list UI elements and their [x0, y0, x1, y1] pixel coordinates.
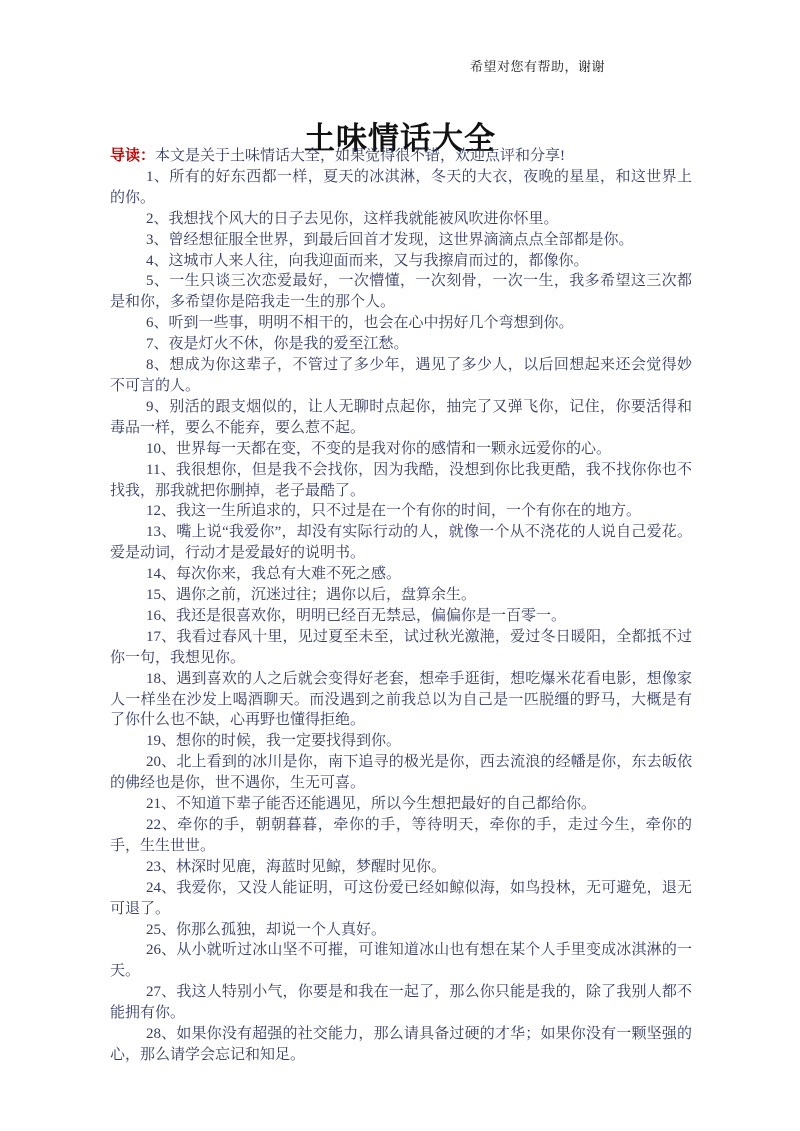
list-item: 26、从小就听过冰山坚不可摧，可谁知道冰山也有想在某个人手里变成冰淇淋的一天。 — [110, 940, 692, 982]
list-item: 12、我这一生所追求的，只不过是在一个有你的时间，一个有你在的地方。 — [110, 501, 692, 522]
list-item: 13、嘴上说“我爱你”，却没有实际行动的人，就像一个从不浇花的人说自己爱花。爱是… — [110, 522, 692, 564]
list-item: 17、我看过春风十里，见过夏至未至，试过秋光激滟，爱过冬日暖阳，全都抵不过你一句… — [110, 627, 692, 669]
list-item: 3、曾经想征服全世界，到最后回首才发现，这世界滴滴点点全部都是你。 — [110, 230, 692, 251]
list-item: 22、牵你的手，朝朝暮暮，牵你的手，等待明天，牵你的手，走过今生，牵你的手，生生… — [110, 815, 692, 857]
list-item: 8、想成为你这辈子，不管过了多少年，遇见了多少人，以后回想起来还会觉得妙不可言的… — [110, 355, 692, 397]
document-page: 希望对您有帮助，谢谢 土味情话大全 导读：本文是关于土味情话大全，如果觉得很不错… — [0, 0, 800, 1131]
list-item: 7、夜是灯火不休，你是我的爱至江愁。 — [110, 334, 692, 355]
content-list: 1、所有的好东西都一样，夏天的冰淇淋，冬天的大衣，夜晚的星星，和这世界上的你。2… — [110, 167, 692, 1066]
list-item: 6、听到一些事，明明不相干的，也会在心中拐好几个弯想到你。 — [110, 313, 692, 334]
list-item: 14、每次你来，我总有大难不死之感。 — [110, 564, 692, 585]
list-item: 18、遇到喜欢的人之后就会变得好老套，想牵手逛街，想吃爆米花看电影，想像家人一样… — [110, 669, 692, 732]
list-item: 10、世界每一天都在变，不变的是我对你的感情和一颗永远爱你的心。 — [110, 439, 692, 460]
list-item: 11、我很想你，但是我不会找你，因为我酷，没想到你比我更酷，我不找你你也不找我，… — [110, 460, 692, 502]
document-body: 导读：本文是关于土味情话大全，如果觉得很不错，欢迎点评和分享! 1、所有的好东西… — [110, 146, 692, 1066]
list-item: 20、北上看到的冰川是你，南下追寻的极光是你，西去流浪的经幡是你，东去皈依的佛经… — [110, 752, 692, 794]
list-item: 25、你那么孤独，却说一个人真好。 — [110, 920, 692, 941]
list-item: 21、不知道下辈子能否还能遇见，所以今生想把最好的自己都给你。 — [110, 794, 692, 815]
list-item: 15、遇你之前，沉迷过往；遇你以后，盘算余生。 — [110, 585, 692, 606]
list-item: 16、我还是很喜欢你，明明已经百无禁忌，偏偏你是一百零一。 — [110, 606, 692, 627]
list-item: 24、我爱你，又没人能证明，可这份爱已经如鲸似海，如鸟投林，无可避免，退无可退了… — [110, 878, 692, 920]
list-item: 5、一生只谈三次恋爱最好，一次懵懂，一次刻骨，一次一生，我多希望这三次都是和你，… — [110, 271, 692, 313]
list-item: 27、我这人特别小气，你要是和我在一起了，那么你只能是我的，除了我别人都不能拥有… — [110, 982, 692, 1024]
list-item: 1、所有的好东西都一样，夏天的冰淇淋，冬天的大衣，夜晚的星星，和这世界上的你。 — [110, 167, 692, 209]
list-item: 2、我想找个风大的日子去见你，这样我就能被风吹进你怀里。 — [110, 209, 692, 230]
intro-text: 本文是关于土味情话大全，如果觉得很不错，欢迎点评和分享! — [155, 148, 565, 164]
list-item: 19、想你的时候，我一定要找得到你。 — [110, 731, 692, 752]
intro-label: 导读： — [110, 148, 155, 164]
list-item: 4、这城市人来人往，向我迎面而来，又与我擦肩而过的，都像你。 — [110, 251, 692, 272]
header-note: 希望对您有帮助，谢谢 — [470, 56, 605, 75]
list-item: 28、如果你没有超强的社交能力，那么请具备过硬的才华；如果你没有一颗坚强的心，那… — [110, 1024, 692, 1066]
list-item: 23、林深时见鹿，海蓝时见鲸，梦醒时见你。 — [110, 857, 692, 878]
intro-paragraph: 导读：本文是关于土味情话大全，如果觉得很不错，欢迎点评和分享! — [110, 146, 692, 167]
list-item: 9、别活的跟支烟似的，让人无聊时点起你，抽完了又弹飞你，记住，你要活得和毒品一样… — [110, 397, 692, 439]
